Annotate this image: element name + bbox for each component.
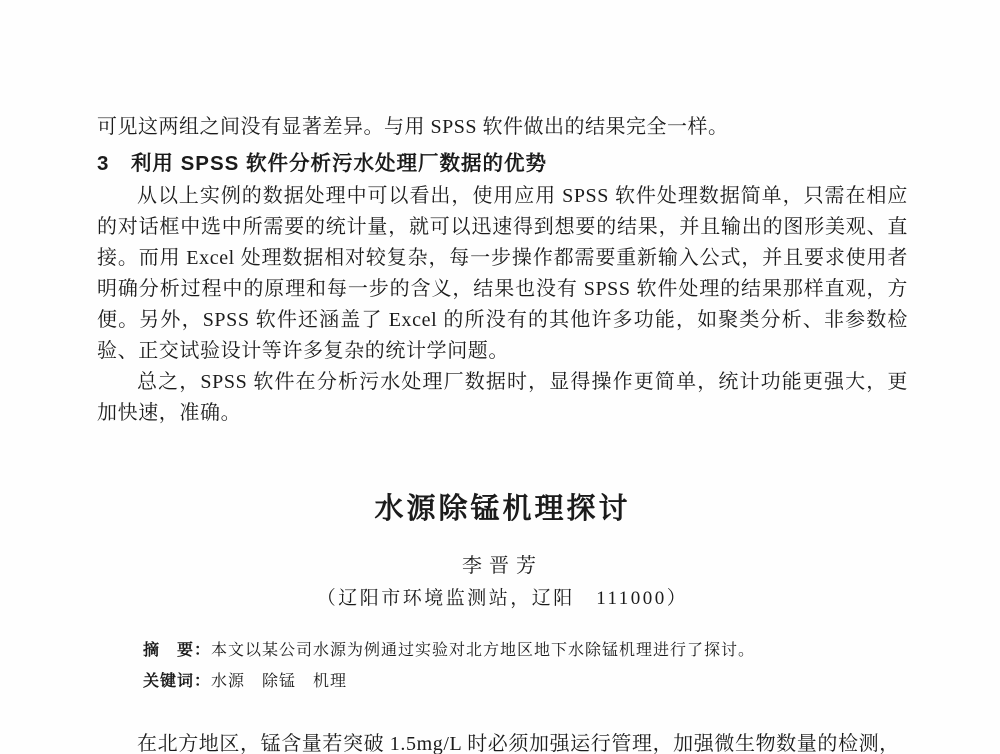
article-affiliation: （辽阳市环境监测站，辽阳 111000） (97, 587, 908, 611)
abstract-text: 本文以某公司水源为例通过实验对北方地区地下水除锰机理进行了探讨。 (211, 642, 755, 659)
section-heading: 3 利用 SPSS 软件分析污水处理厂数据的优势 (97, 148, 908, 179)
body-paragraph: 总之，SPSS 软件在分析污水处理厂数据时，显得操作更简单，统计功能更强大，更加… (97, 367, 908, 429)
body-paragraph: 从以上实例的数据处理中可以看出，使用应用 SPSS 软件处理数据简单，只需在相应… (97, 181, 908, 367)
previous-article-closing-line: 可见这两组之间没有显著差异。与用 SPSS 软件做出的结果完全一样。 (97, 112, 908, 143)
keywords-label: 关键词： (143, 673, 211, 690)
article-first-paragraph: 在北方地区，锰含量若突破 1.5mg/L 时必须加强运行管理，加强微生物数量的检… (97, 732, 908, 754)
page-content: 可见这两组之间没有显著差异。与用 SPSS 软件做出的结果完全一样。 3 利用 … (0, 0, 1000, 754)
keywords-line: 关键词：水源 除锰 机理 (143, 670, 908, 694)
abstract-label: 摘 要： (143, 642, 211, 659)
article-title: 水源除锰机理探讨 (97, 491, 908, 527)
scanned-journal-page: 可见这两组之间没有显著差异。与用 SPSS 软件做出的结果完全一样。 3 利用 … (0, 0, 1000, 754)
article-author: 李晋芳 (97, 554, 908, 578)
abstract-line: 摘 要：本文以某公司水源为例通过实验对北方地区地下水除锰机理进行了探讨。 (143, 639, 908, 663)
keywords-text: 水源 除锰 机理 (211, 673, 347, 690)
